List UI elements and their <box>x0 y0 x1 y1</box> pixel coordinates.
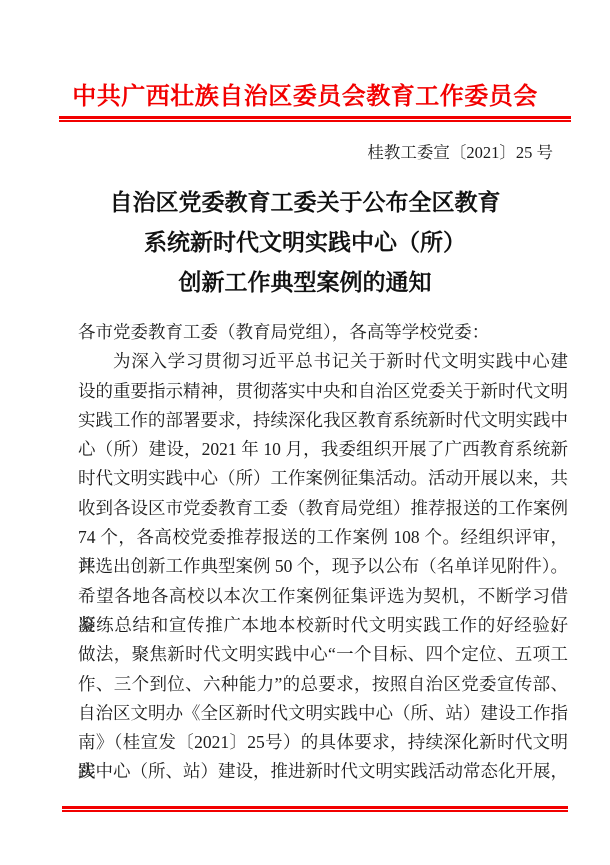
body-line: 作、三个到位、六种能力”的总要求，按照自治区党委宣传部、 <box>78 670 568 699</box>
document-reference-number: 桂教工委宣〔2021〕25 号 <box>0 139 553 163</box>
body-line: 做法，聚焦新时代文明实践中心“一个目标、四个定位、五项工 <box>78 640 568 669</box>
body-line: 为深入学习贯彻习近平总书记关于新时代文明实践中心建 <box>78 347 568 376</box>
notice-title: 自治区党委教育工委关于公布全区教育 系统新时代文明实践中心（所） 创新工作典型案… <box>0 183 610 303</box>
body-line: 南》（桂宣发〔2021〕25号）的具体要求，持续深化新时代文明实 <box>78 728 568 757</box>
footer-red-separator <box>62 806 568 812</box>
notice-title-line: 创新工作典型案例的通知 <box>0 263 610 303</box>
body-line: 收到各设区市党委教育工委（教育局党组）推荐报送的工作案例 <box>78 494 568 523</box>
notice-title-line: 自治区党委教育工委关于公布全区教育 <box>0 183 610 223</box>
notice-body: 各市党委教育工委（教育局党组），各高等学校党委： 为深入学习贯彻习近平总书记关于… <box>78 318 568 787</box>
body-line: 时代文明实践中心（所）工作案例征集活动。活动开展以来，共 <box>78 464 568 493</box>
body-line: 实践工作的部署要求，持续深化我区教育系统新时代文明实践中 <box>78 406 568 435</box>
body-line: 践中心（所、站）建设，推进新时代文明实践活动常态化开展， <box>78 757 568 786</box>
salutation-line: 各市党委教育工委（教育局党组），各高等学校党委： <box>78 318 568 347</box>
header-red-separator <box>59 116 571 122</box>
body-line: 希望各地各高校以本次工作案例征集评选为契机，不断学习借鉴、 <box>78 582 568 611</box>
body-line: 凝练总结和宣传推广本地本校新时代文明实践工作的好经验好 <box>78 611 568 640</box>
body-line: 设的重要指示精神，贯彻落实中央和自治区党委关于新时代文明 <box>78 377 568 406</box>
body-line: 评选出创新工作典型案例 50 个，现予以公布（名单详见附件）。 <box>78 552 568 581</box>
notice-title-line: 系统新时代文明实践中心（所） <box>0 223 610 263</box>
body-line: 心（所）建设，2021 年 10 月，我委组织开展了广西教育系统新 <box>78 435 568 464</box>
document-page: 中共广西壮族自治区委员会教育工作委员会 桂教工委宣〔2021〕25 号 自治区党… <box>0 0 610 865</box>
body-line: 74 个，各高校党委推荐报送的工作案例 108 个。经组织评审，共 <box>78 523 568 552</box>
issuing-org-header: 中共广西壮族自治区委员会教育工作委员会 <box>0 76 610 111</box>
body-line: 自治区文明办《全区新时代文明实践中心（所、站）建设工作指 <box>78 699 568 728</box>
